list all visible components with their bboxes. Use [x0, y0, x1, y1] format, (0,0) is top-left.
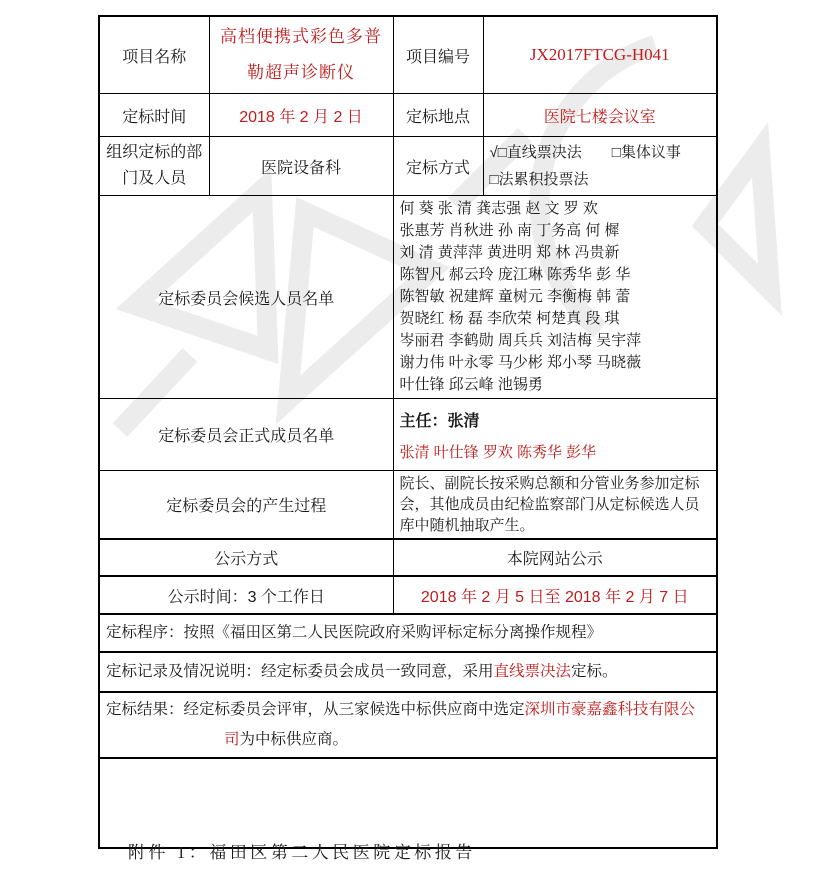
empty-cell — [99, 758, 717, 848]
candidates-line: 刘 清 黄萍萍 黄进明 郑 林 冯贵新 — [400, 242, 711, 264]
project-name-line1: 高档便携式彩色多普 — [216, 19, 387, 55]
row-members: 定标委员会正式成员名单 主任：张清 张清 叶仕锋 罗欢 陈秀华 彭华 — [99, 399, 717, 471]
result-prefix: 定标结果：经定标委员会评审，从三家候选中标供应商中选定 — [106, 701, 525, 718]
record-suffix: 定标。 — [571, 663, 618, 680]
bid-determination-table: 项目名称 高档便携式彩色多普 勒超声诊断仪 项目编号 JX2017FTCG-H0… — [98, 15, 718, 849]
publicity-method-value: 本院网站公示 — [393, 539, 717, 576]
project-no-label: 项目编号 — [393, 16, 483, 94]
bid-place-value: 医院七楼会议室 — [483, 94, 717, 137]
row-publicity-time: 公示时间：3 个工作日 2018 年 2 月 5 日至 2018 年 2 月 7… — [99, 576, 717, 614]
candidates-line: 岑丽君 李鹤勋 周兵兵 刘洁梅 吴宇萍 — [400, 330, 711, 352]
candidates-line: 何 葵 张 清 龚志强 赵 文 罗 欢 — [400, 198, 711, 220]
candidates-line: 陈智凡 郝云玲 庞江琳 陈秀华 彭 华 — [400, 264, 711, 286]
members-value: 主任：张清 张清 叶仕锋 罗欢 陈秀华 彭华 — [393, 399, 717, 471]
method-option-line1: √□直线票决法 □集体议事 — [490, 139, 711, 166]
candidates-line: 陈智敏 祝建辉 童树元 李衡梅 韩 蕾 — [400, 286, 711, 308]
publicity-time-label: 公示时间：3 个工作日 — [99, 576, 393, 614]
row-empty — [99, 758, 717, 848]
members-director: 主任：张清 — [400, 408, 711, 431]
row-time-place: 定标时间 2018 年 2 月 2 日 定标地点 医院七楼会议室 — [99, 94, 717, 137]
result-suffix: 为中标供应商。 — [240, 731, 349, 748]
row-record: 定标记录及情况说明：经定标委员会成员一致同意，采用直线票决法定标。 — [99, 652, 717, 692]
row-publicity-method: 公示方式 本院网站公示 — [99, 539, 717, 576]
method-options: √□直线票决法 □集体议事 □法累积投票法 — [483, 137, 717, 196]
record-prefix: 定标记录及情况说明：经定标委员会成员一致同意，采用 — [106, 663, 494, 680]
row-result: 定标结果：经定标委员会评审，从三家候选中标供应商中选定深圳市豪嘉鑫科技有限公司为… — [99, 692, 717, 758]
row-procedure: 定标程序：按照《福田区第二人民医院政府采购评标定标分离操作规程》 — [99, 614, 717, 652]
members-names: 张清 叶仕锋 罗欢 陈秀华 彭华 — [400, 441, 711, 462]
procedure-text: 定标程序：按照《福田区第二人民医院政府采购评标定标分离操作规程》 — [99, 614, 717, 652]
publicity-method-label: 公示方式 — [99, 539, 393, 576]
process-value: 院长、副院长按采购总额和分管业务参加定标会，其他成员由纪检监察部门从定标候选人员… — [393, 471, 717, 540]
candidates-list: 何 葵 张 清 龚志强 赵 文 罗 欢 张惠芳 肖秋进 孙 南 丁务高 何 樨 … — [393, 196, 717, 399]
org-dept-label: 组织定标的部门及人员 — [99, 137, 209, 196]
candidates-line: 叶仕锋 邱云峰 池锡勇 — [400, 374, 711, 396]
project-no-value: JX2017FTCG-H041 — [483, 16, 717, 94]
bid-time-label: 定标时间 — [99, 94, 209, 137]
method-label: 定标方式 — [393, 137, 483, 196]
bid-time-value: 2018 年 2 月 2 日 — [209, 94, 393, 137]
record-text: 定标记录及情况说明：经定标委员会成员一致同意，采用直线票决法定标。 — [99, 652, 717, 692]
project-name-line2: 勒超声诊断仪 — [216, 55, 387, 91]
result-text: 定标结果：经定标委员会评审，从三家候选中标供应商中选定深圳市豪嘉鑫科技有限公司为… — [99, 692, 717, 758]
publicity-time-value: 2018 年 2 月 5 日至 2018 年 2 月 7 日 — [393, 576, 717, 614]
record-highlight: 直线票决法 — [494, 663, 572, 680]
project-name-label: 项目名称 — [99, 16, 209, 94]
project-name-value: 高档便携式彩色多普 勒超声诊断仪 — [209, 16, 393, 94]
row-org-method: 组织定标的部门及人员 医院设备科 定标方式 √□直线票决法 □集体议事 □法累积… — [99, 137, 717, 196]
members-label: 定标委员会正式成员名单 — [99, 399, 393, 471]
process-label: 定标委员会的产生过程 — [99, 471, 393, 540]
row-candidates: 定标委员会候选人员名单 何 葵 张 清 龚志强 赵 文 罗 欢 张惠芳 肖秋进 … — [99, 196, 717, 399]
row-process: 定标委员会的产生过程 院长、副院长按采购总额和分管业务参加定标会，其他成员由纪检… — [99, 471, 717, 540]
attachment-note: 附件 1：福田区第二人民医院定标报告 — [128, 838, 476, 863]
bid-place-label: 定标地点 — [393, 94, 483, 137]
row-project: 项目名称 高档便携式彩色多普 勒超声诊断仪 项目编号 JX2017FTCG-H0… — [99, 16, 717, 94]
candidates-line: 贺晓红 杨 磊 李欣荣 柯楚真 段 琪 — [400, 308, 711, 330]
candidates-label: 定标委员会候选人员名单 — [99, 196, 393, 399]
org-dept-value: 医院设备科 — [209, 137, 393, 196]
method-option-line2: □法累积投票法 — [490, 166, 711, 193]
candidates-line: 谢力伟 叶永零 马少彬 郑小琴 马晓薇 — [400, 352, 711, 374]
candidates-line: 张惠芳 肖秋进 孙 南 丁务高 何 樨 — [400, 220, 711, 242]
